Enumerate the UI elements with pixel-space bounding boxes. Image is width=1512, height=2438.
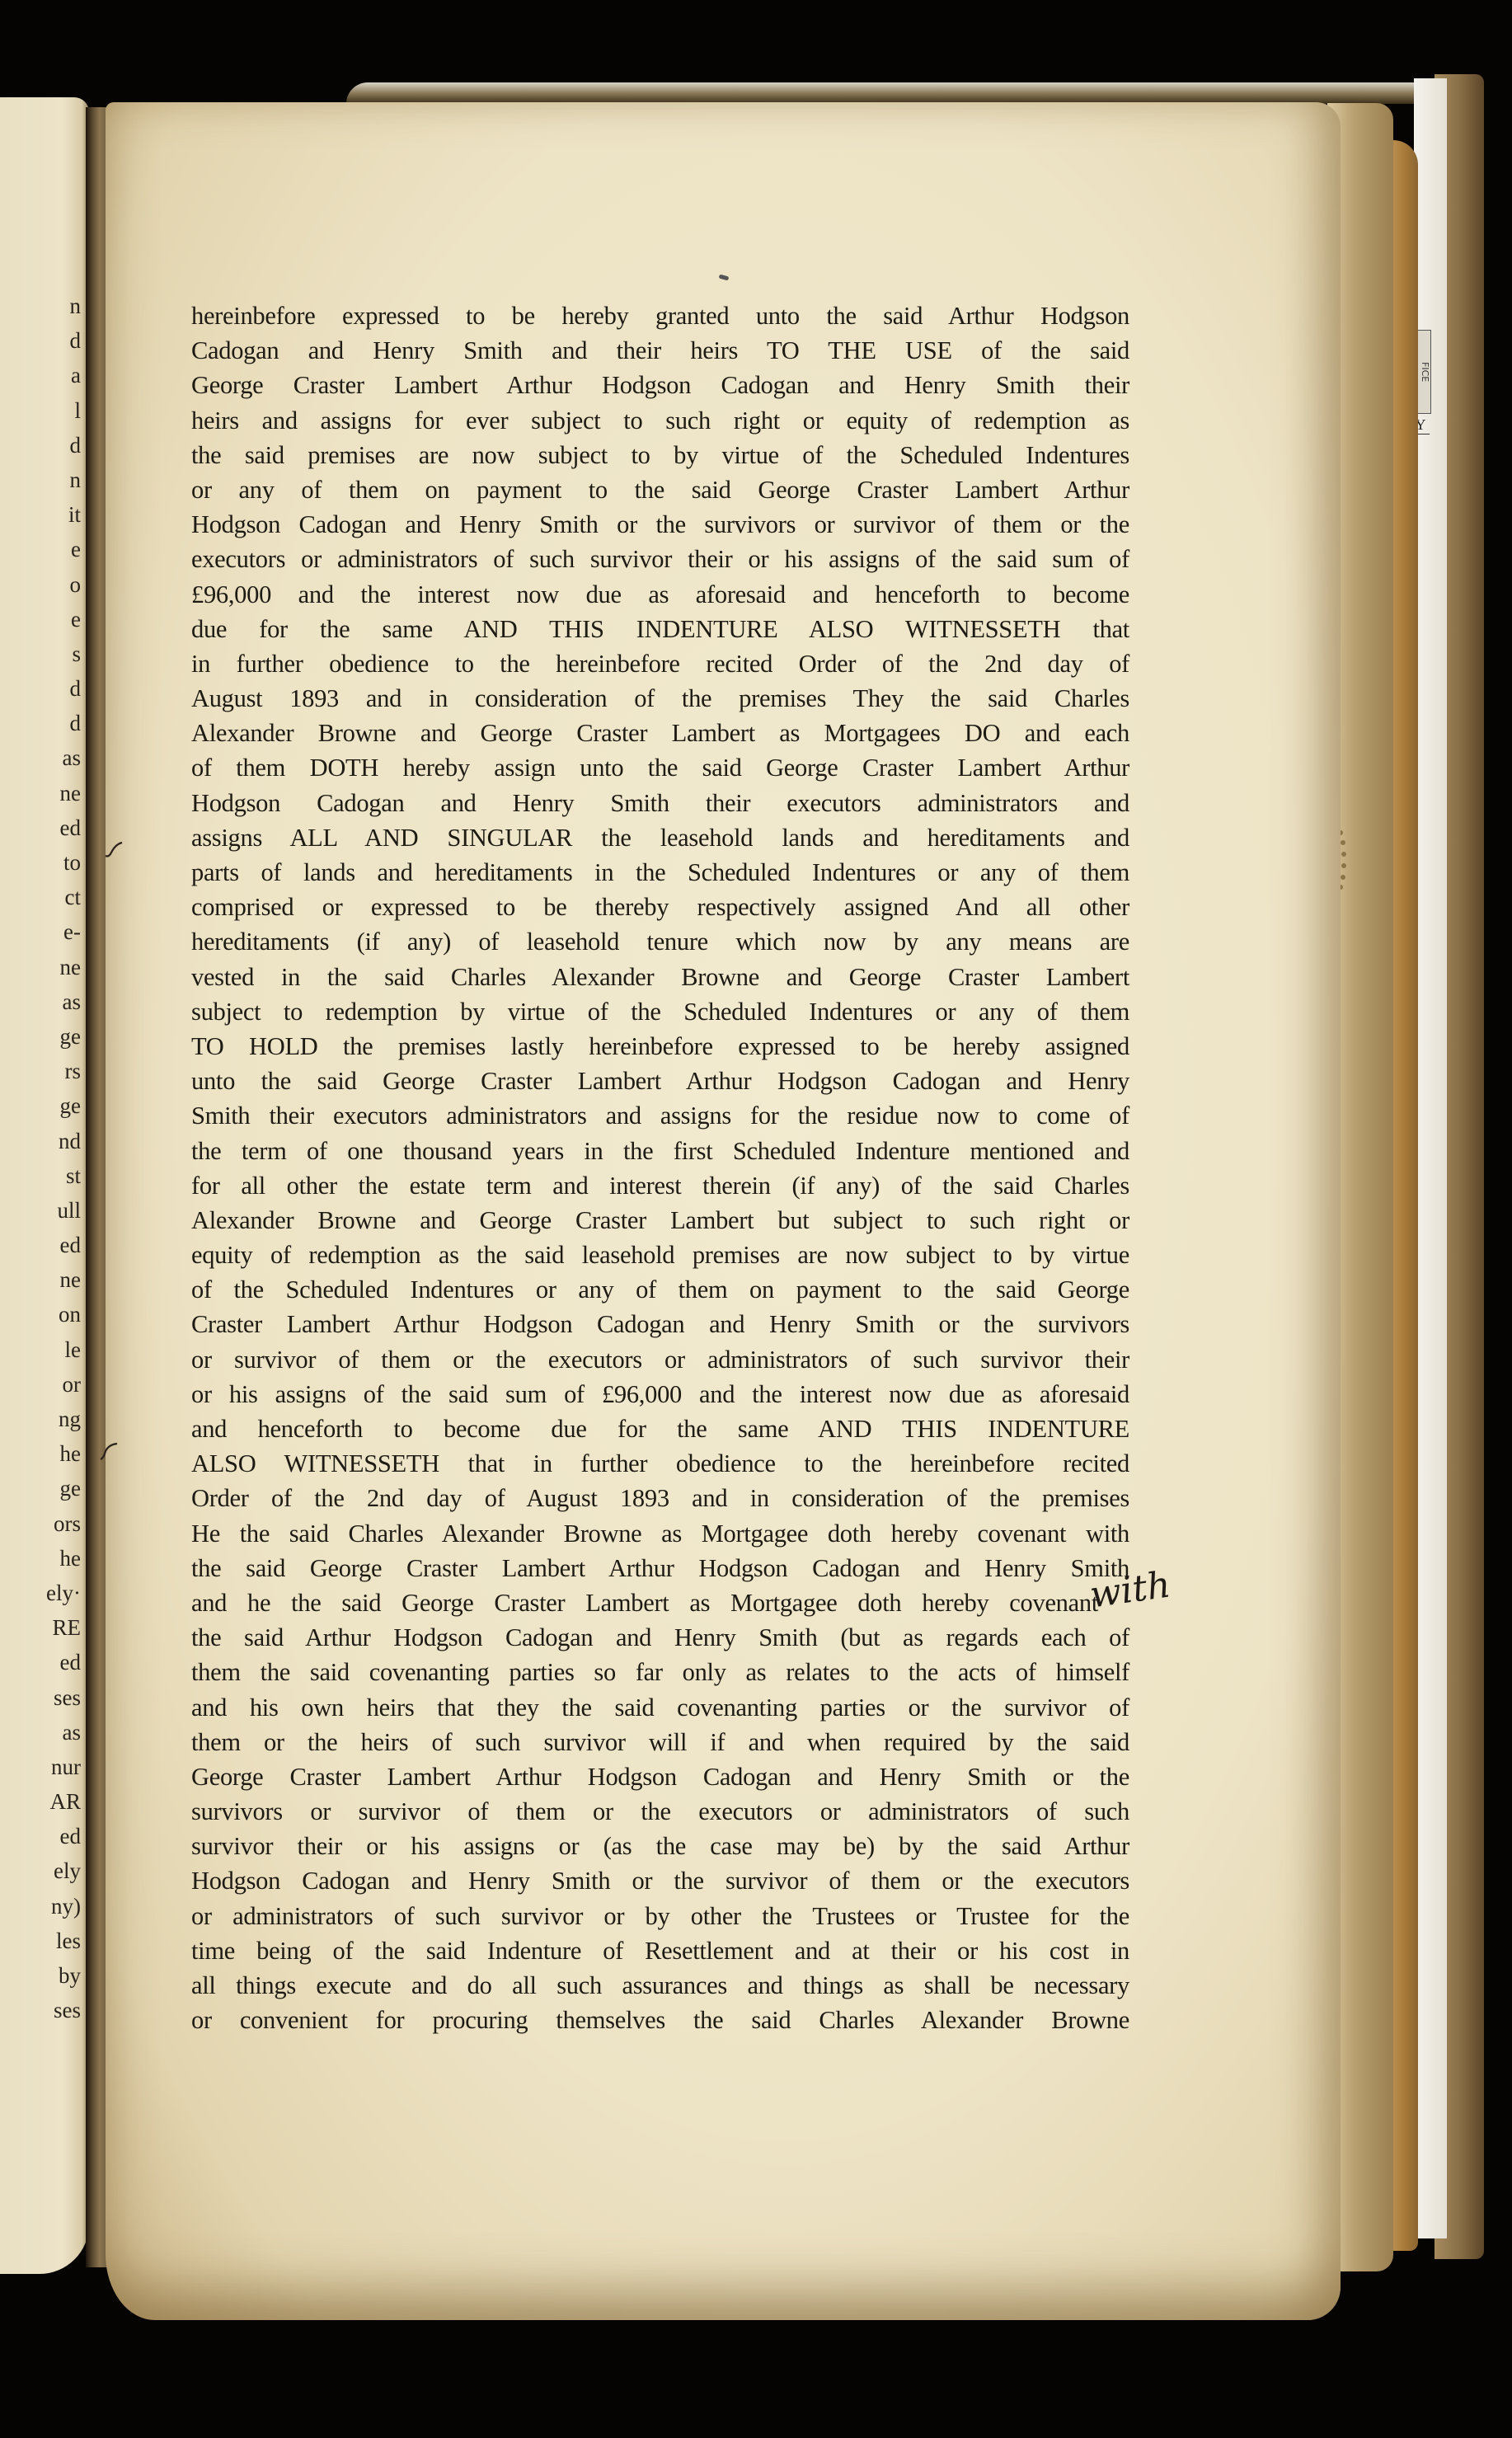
text-line: time being of the said Indenture of Rese… xyxy=(191,1933,1129,1968)
text-line: assigns ALL AND SINGULAR the leasehold l… xyxy=(191,820,1129,855)
left-page-fragment: le xyxy=(0,1332,81,1367)
text-line: the term of one thousand years in the fi… xyxy=(191,1134,1129,1168)
text-line: the said Arthur Hodgson Cadogan and Henr… xyxy=(191,1620,1129,1655)
margin-tick-icon xyxy=(99,1441,119,1463)
text-line: in further obedience to the hereinbefore… xyxy=(191,646,1129,681)
left-page-fragment: d xyxy=(0,428,81,463)
text-line: heirs and assigns for ever subject to su… xyxy=(191,403,1129,438)
scanned-ledger-spread: ndaldniteoesddasneedtocte-neasgersgendst… xyxy=(0,0,1512,2438)
text-line: TO HOLD the premises lastly hereinbefore… xyxy=(191,1029,1129,1064)
left-page-fragment: ors xyxy=(0,1506,81,1541)
left-page-fragment: RE xyxy=(0,1610,81,1645)
text-line: Craster Lambert Arthur Hodgson Cadogan a… xyxy=(191,1307,1129,1341)
left-page-line-endings: ndaldniteoesddasneedtocte-neasgersgendst… xyxy=(0,289,81,2027)
left-page-fragment: a xyxy=(0,358,81,392)
text-line: or administrators of such survivor or by… xyxy=(191,1899,1129,1933)
text-line: subject to redemption by virtue of the S… xyxy=(191,994,1129,1029)
left-page-fragment: ely xyxy=(0,1853,81,1888)
left-page-fragment: as xyxy=(0,1715,81,1750)
text-line: survivor their or his assigns or (as the… xyxy=(191,1829,1129,1863)
left-page-fragment: e- xyxy=(0,914,81,949)
perforation-dot xyxy=(1341,852,1346,857)
perforation-dot xyxy=(1341,875,1345,880)
perforation-dot xyxy=(1341,863,1346,868)
text-line: and henceforth to become due for the sam… xyxy=(191,1412,1129,1446)
text-line: due for the same AND THIS INDENTURE ALSO… xyxy=(191,612,1129,646)
text-line: the said George Craster Lambert Arthur H… xyxy=(191,1551,1129,1585)
text-line: ALSO WITNESSETH that in further obedienc… xyxy=(191,1446,1129,1481)
text-line: Alexander Browne and George Craster Lamb… xyxy=(191,1203,1129,1238)
text-line: Hodgson Cadogan and Henry Smith or the s… xyxy=(191,1863,1129,1898)
text-line: executors or administrators of such surv… xyxy=(191,542,1129,576)
left-page-fragment: ge xyxy=(0,1019,81,1054)
left-page-fragment: d xyxy=(0,706,81,740)
left-page-fragment: ed xyxy=(0,1228,81,1262)
indenture-text: hereinbefore expressed to be hereby gran… xyxy=(191,298,1129,2037)
text-line: Hodgson Cadogan and Henry Smith their ex… xyxy=(191,786,1129,820)
left-page-fragment: nur xyxy=(0,1750,81,1784)
left-page-fragment: ny) xyxy=(0,1889,81,1924)
left-page-fragment: as xyxy=(0,740,81,775)
left-page-fragment: e xyxy=(0,532,81,566)
text-line: Hodgson Cadogan and Henry Smith or the s… xyxy=(191,507,1129,542)
left-page-fragment: ge xyxy=(0,1471,81,1506)
text-line: Order of the 2nd day of August 1893 and … xyxy=(191,1481,1129,1515)
left-page-fragment: ne xyxy=(0,776,81,810)
left-page-fragment: ed xyxy=(0,1819,81,1853)
left-page-fragment: ses xyxy=(0,1993,81,2027)
left-page-fragment: n xyxy=(0,289,81,323)
left-page-fragment: ull xyxy=(0,1193,81,1228)
left-page-fragment: ed xyxy=(0,1645,81,1679)
text-line: George Craster Lambert Arthur Hodgson Ca… xyxy=(191,368,1129,402)
text-line: Alexander Browne and George Craster Lamb… xyxy=(191,716,1129,750)
text-line: vested in the said Charles Alexander Bro… xyxy=(191,960,1129,994)
left-page-fragment: he xyxy=(0,1436,81,1471)
left-page-fragment: to xyxy=(0,845,81,880)
text-line: or his assigns of the said sum of £96,00… xyxy=(191,1377,1129,1412)
text-line: survivors or survivor of them or the exe… xyxy=(191,1794,1129,1829)
left-page-fragment: e xyxy=(0,602,81,637)
text-line: equity of redemption as the said leaseho… xyxy=(191,1238,1129,1272)
text-line: or survivor of them or the executors or … xyxy=(191,1342,1129,1377)
text-line: Cadogan and Henry Smith and their heirs … xyxy=(191,333,1129,368)
left-page-fragment: n xyxy=(0,463,81,497)
text-line: the said premises are now subject to by … xyxy=(191,438,1129,472)
text-line: parts of lands and hereditaments in the … xyxy=(191,855,1129,890)
left-page-fragment: as xyxy=(0,984,81,1019)
text-line: unto the said George Craster Lambert Art… xyxy=(191,1064,1129,1098)
text-line: and his own heirs that they the said cov… xyxy=(191,1690,1129,1725)
left-page-fragment: d xyxy=(0,323,81,358)
left-page-fragment: o xyxy=(0,567,81,602)
text-line: or any of them on payment to the said Ge… xyxy=(191,472,1129,507)
text-line: or convenient for procuring themselves t… xyxy=(191,2003,1129,2037)
left-page-fragment: ct xyxy=(0,880,81,914)
left-page-fragment: or xyxy=(0,1367,81,1402)
text-line: hereditaments (if any) of leasehold tenu… xyxy=(191,924,1129,959)
left-page-fragment: on xyxy=(0,1297,81,1332)
text-line: for all other the estate term and intere… xyxy=(191,1168,1129,1203)
left-page-fragment: rs xyxy=(0,1054,81,1088)
text-line: them the said covenanting parties so far… xyxy=(191,1655,1129,1689)
left-page-fragment: he xyxy=(0,1541,81,1576)
text-line: August 1893 and in consideration of the … xyxy=(191,681,1129,716)
left-page-fragment: by xyxy=(0,1958,81,1993)
left-page: ndaldniteoesddasneedtocte-neasgersgendst… xyxy=(0,97,89,2274)
text-line: £96,000 and the interest now due as afor… xyxy=(191,577,1129,612)
left-page-fragment: it xyxy=(0,497,81,532)
left-page-fragment: ed xyxy=(0,810,81,845)
text-line: of them DOTH hereby assign unto the said… xyxy=(191,750,1129,785)
text-line: He the said Charles Alexander Browne as … xyxy=(191,1516,1129,1551)
margin-tick-icon xyxy=(104,839,124,861)
left-page-fragment: d xyxy=(0,671,81,706)
text-line: all things execute and do all such assur… xyxy=(191,1968,1129,2003)
left-page-fragment: ge xyxy=(0,1088,81,1123)
left-page-fragment: ses xyxy=(0,1680,81,1715)
left-page-fragment: AR xyxy=(0,1784,81,1819)
left-page-fragment: ely· xyxy=(0,1576,81,1610)
left-page-fragment: nd xyxy=(0,1124,81,1158)
text-line: Smith their executors administrators and… xyxy=(191,1098,1129,1133)
page-stack-top-edge xyxy=(346,82,1418,104)
text-line: and he the said George Craster Lambert a… xyxy=(191,1585,1098,1620)
text-line: George Craster Lambert Arthur Hodgson Ca… xyxy=(191,1759,1129,1794)
left-page-fragment: ng xyxy=(0,1402,81,1436)
text-line: of the Scheduled Indentures or any of th… xyxy=(191,1272,1129,1307)
left-page-fragment: les xyxy=(0,1924,81,1958)
text-line: them or the heirs of such survivor will … xyxy=(191,1725,1129,1759)
text-line: hereinbefore expressed to be hereby gran… xyxy=(191,298,1129,333)
left-page-fragment: l xyxy=(0,393,81,428)
left-page-fragment: ne xyxy=(0,1262,81,1297)
left-page-fragment: st xyxy=(0,1158,81,1193)
text-line: comprised or expressed to be thereby res… xyxy=(191,890,1129,924)
left-page-fragment: s xyxy=(0,637,81,671)
left-page-fragment: ne xyxy=(0,950,81,984)
